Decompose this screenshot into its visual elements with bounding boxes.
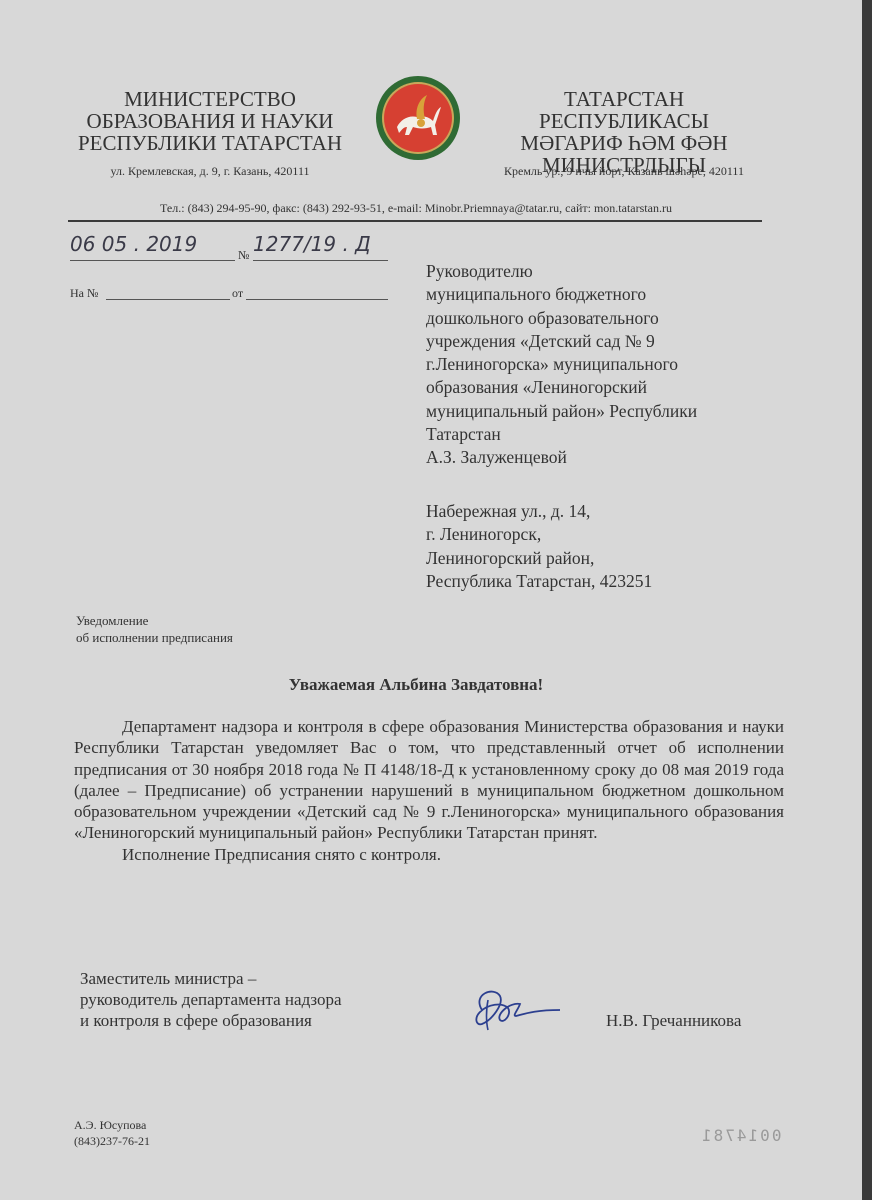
body-paragraph: Департамент надзора и контроля в сфере о… <box>74 716 784 844</box>
ministry-line: ОБРАЗОВАНИЯ И НАУКИ <box>70 110 350 132</box>
ministry-line: ТАТАРСТАН РЕСПУБЛИКАСЫ <box>478 88 770 132</box>
position-line: Заместитель министра – <box>80 968 410 989</box>
addressee-line: муниципальный район» Республики <box>426 400 766 423</box>
salutation: Уважаемая Альбина Завдатовна! <box>70 675 762 695</box>
ministry-name-ru: МИНИСТЕРСТВО ОБРАЗОВАНИЯ И НАУКИ РЕСПУБЛ… <box>70 88 350 154</box>
address-line: Набережная ул., д. 14, <box>426 500 766 523</box>
registration-date-field: 06 05 . 2019 <box>70 232 235 261</box>
ministry-line: РЕСПУБЛИКИ ТАТАРСТАН <box>70 132 350 154</box>
header-divider <box>68 220 762 222</box>
executor-phone: (843)237-76-21 <box>74 1133 150 1149</box>
executor-info: А.Э. Юсупова (843)237-76-21 <box>74 1117 150 1149</box>
ministry-line: МИНИСТЕРСТВО <box>70 88 350 110</box>
registration-date: 06 05 . 2019 <box>70 232 197 256</box>
address-line: Республика Татарстан, 423251 <box>426 570 766 593</box>
ministry-contacts: Тел.: (843) 294-95-90, факс: (843) 292-9… <box>70 201 762 216</box>
ministry-address-tt: Кремль ур., 9 нчы йорт, Казань шәһәре, 4… <box>478 164 770 179</box>
letter-body: Департамент надзора и контроля в сфере о… <box>74 716 784 865</box>
addressee-line: дошкольного образовательного <box>426 307 766 330</box>
serial-stamp: 0014781 <box>700 1126 781 1145</box>
position-line: и контроля в сфере образования <box>80 1010 410 1031</box>
registration-number-label: № <box>238 248 249 263</box>
reply-to-label: На № <box>70 286 98 301</box>
ministry-address-ru: ул. Кремлевская, д. 9, г. Казань, 420111 <box>70 164 350 179</box>
addressee-block: Руководителю муниципального бюджетного д… <box>426 260 766 470</box>
executor-name: А.Э. Юсупова <box>74 1117 150 1133</box>
addressee-name: А.З. Залуженцевой <box>426 446 766 469</box>
handwritten-signature-icon <box>464 980 574 1040</box>
ministry-line: МӘГАРИФ ҺӘМ ФӘН <box>478 132 770 154</box>
tatarstan-coat-of-arms-icon <box>375 75 461 161</box>
registration-number: 1277/19 . Д <box>253 232 371 256</box>
subject-line: об исполнении предписания <box>76 629 233 646</box>
signer-name: Н.В. Гречанникова <box>606 1010 741 1031</box>
position-line: руководитель департамента надзора <box>80 989 410 1010</box>
ministry-name-tt: ТАТАРСТАН РЕСПУБЛИКАСЫ МӘГАРИФ ҺӘМ ФӘН М… <box>478 88 770 176</box>
addressee-line: Татарстан <box>426 423 766 446</box>
letter-subject: Уведомление об исполнении предписания <box>76 612 233 646</box>
reply-number-field <box>106 284 230 300</box>
body-paragraph: Исполнение Предписания снято с контроля. <box>74 844 784 865</box>
reply-from-label: от <box>232 286 243 301</box>
address-line: Лениногорский район, <box>426 547 766 570</box>
addressee-line: г.Лениногорска» муниципального <box>426 353 766 376</box>
letter-page: МИНИСТЕРСТВО ОБРАЗОВАНИЯ И НАУКИ РЕСПУБЛ… <box>0 0 862 1200</box>
addressee-line: образования «Лениногорский <box>426 376 766 399</box>
addressee-line: учреждения «Детский сад № 9 <box>426 330 766 353</box>
registration-number-field: 1277/19 . Д <box>253 232 388 261</box>
addressee-address: Набережная ул., д. 14, г. Лениногорск, Л… <box>426 500 766 593</box>
scan-edge <box>862 0 872 1200</box>
subject-line: Уведомление <box>76 612 233 629</box>
address-line: г. Лениногорск, <box>426 523 766 546</box>
addressee-line: муниципального бюджетного <box>426 283 766 306</box>
reply-date-field <box>246 284 388 300</box>
signer-position: Заместитель министра – руководитель депа… <box>80 968 410 1031</box>
addressee-line: Руководителю <box>426 260 766 283</box>
